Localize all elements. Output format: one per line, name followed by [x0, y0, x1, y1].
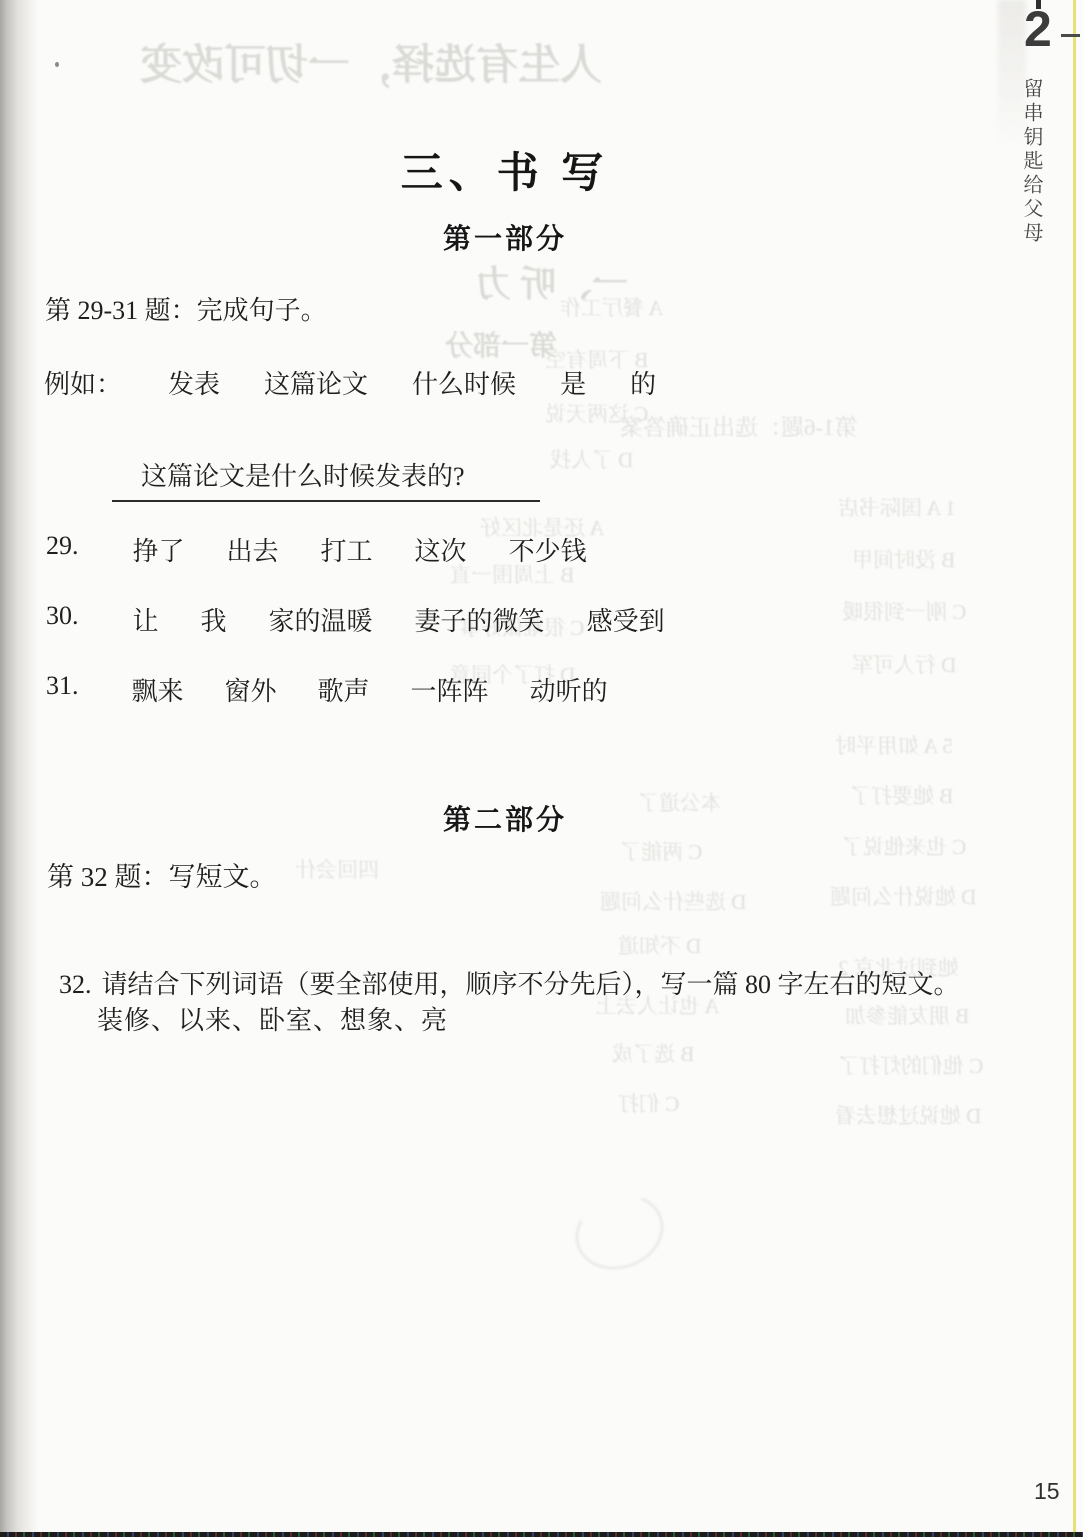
question-word: 一阵阵	[411, 671, 489, 708]
bleedthrough-text: 人生有选择，一切可改变	[140, 45, 602, 87]
speck-dot	[55, 62, 59, 67]
question-number: 30.	[46, 601, 79, 631]
example-word: 是	[560, 364, 586, 401]
bottom-scan-artifact	[0, 1532, 1083, 1537]
example-word: 这篇论文	[264, 364, 368, 401]
page-number: 15	[1034, 1478, 1060, 1505]
question-word: 让	[133, 601, 159, 638]
bleedthrough-text: C 也来他说了	[842, 837, 966, 858]
example-answer-underlined: 这篇论文是什么时候发表的?	[112, 426, 540, 502]
question-word: 不少钱	[509, 531, 587, 568]
chapter-tab-number: 2	[1024, 4, 1052, 54]
question-word: 飘来	[132, 671, 184, 708]
question-word: 挣了	[133, 531, 185, 568]
chapter-tab-dash	[1061, 34, 1080, 37]
page-edge-line	[1073, 0, 1076, 1537]
part2-heading: 第二部分	[0, 798, 1010, 838]
question-number: 32.	[59, 970, 92, 999]
scanned-textbook-page: { "sidebar": { "chapter_number": "2", "v…	[0, 0, 1083, 1537]
q32-word-list: 装修、以来、卧室、想象、亮	[97, 1000, 448, 1037]
bleedthrough-text: C 这两天说	[545, 404, 648, 425]
bleedthrough-text: 第一部分	[445, 333, 557, 361]
question-word: 歌声	[318, 671, 370, 708]
bleedthrough-text: D 选些什么问题	[600, 892, 746, 913]
question-row-30: 30. 让 我 家的温暖 妻子的微笑 感受到	[46, 601, 665, 638]
question-row-32: 32.请结合下列词语（要全部使用，顺序不分先后），写一篇 80 字左右的短文。	[46, 934, 960, 1001]
bleedthrough-text: A 餐厅工作	[560, 298, 663, 319]
bleedthrough-text: 四回会什	[295, 860, 379, 881]
question-word: 打工	[321, 531, 373, 568]
example-word: 的	[630, 364, 656, 401]
example-answer-text: 这篇论文是什么时候发表的?	[141, 462, 465, 491]
part1-instruction: 第 29-31 题：完成句子。	[45, 295, 327, 328]
example-word: 发表	[168, 364, 220, 401]
bleedthrough-text: B 选了成	[612, 1044, 694, 1065]
bleedthrough-text: D 她说过想去看	[835, 1106, 981, 1127]
bleedthrough-text: B 朋友能参加	[845, 1006, 969, 1027]
bleedthrough-text: 5 A 如用平时	[835, 736, 953, 757]
bleedthrough-text: C 刚一到很暖	[842, 602, 966, 623]
question-number: 29.	[46, 531, 79, 561]
example-label: 例如：	[44, 364, 122, 401]
question-row-29: 29. 挣了 出去 打工 这次 不少钱	[46, 531, 587, 568]
bleedthrough-text: 第1-6题：选出正确答案	[620, 416, 858, 439]
question-number: 31.	[46, 671, 79, 701]
question-word: 我	[201, 601, 227, 638]
example-row: 例如： 发表 这篇论文 什么时候 是 的	[44, 364, 656, 401]
part2-instruction: 第 32 题：写短文。	[47, 861, 277, 895]
question-word: 窗外	[225, 671, 277, 708]
bleedthrough-text: D 了人找	[550, 450, 633, 471]
example-word: 什么时候	[412, 364, 516, 401]
bleedthrough-text: B 没时间甲	[852, 550, 955, 571]
bleedthrough-text: C 们打	[618, 1094, 679, 1115]
bleedthrough-text: 1 A 国际书店	[838, 498, 956, 519]
bleedthrough-text: C 他们的灯打了	[838, 1056, 983, 1077]
section-title: 三、书 写	[0, 140, 1010, 200]
question-word: 动听的	[530, 671, 608, 708]
q32-text: 请结合下列词语（要全部使用，顺序不分先后），写一篇 80 字左右的短文。	[102, 970, 960, 999]
question-word: 家的温暖	[269, 601, 373, 638]
bleedthrough-text: C 两能了	[620, 842, 702, 863]
question-word: 这次	[415, 531, 467, 568]
part1-heading: 第一部分	[0, 217, 1010, 257]
question-row-31: 31. 飘来 窗外 歌声 一阵阵 动听的	[46, 671, 608, 708]
question-word: 感受到	[587, 601, 665, 638]
question-word: 妻子的微笑	[415, 601, 545, 638]
chapter-vertical-title: 留串钥匙给父母	[1021, 78, 1041, 246]
bleedthrough-text: B 上周围一直	[450, 565, 574, 586]
bleedthrough-text: D 她说什么问题	[830, 887, 976, 908]
bleedthrough-text: D 行人可军	[852, 655, 956, 676]
question-word: 出去	[227, 531, 279, 568]
